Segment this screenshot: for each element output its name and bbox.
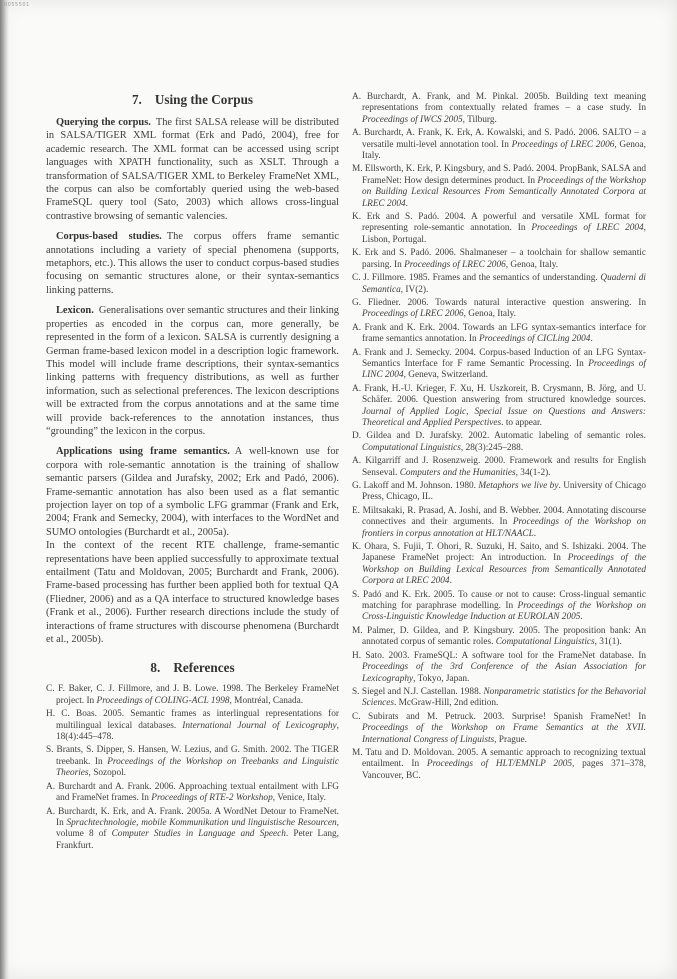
reference-venue-italic: Computers and the Humanities <box>400 468 516 478</box>
reference-item: K. Erk and S. Padó. 2004. A powerful and… <box>352 212 646 246</box>
body-paragraph: Corpus-based studies.The corpus offers f… <box>46 230 339 297</box>
reference-venue-italic: Nonparametric statistics for the Behavor… <box>362 687 646 708</box>
reference-item: K. Erk and S. Padó. 2006. Shalmaneser – … <box>352 248 646 271</box>
reference-item: C. Subirats and M. Petruck. 2003. Surpri… <box>352 712 646 746</box>
reference-item: A. Burchardt, K. Erk, and A. Frank. 2005… <box>46 807 339 853</box>
body-paragraph: Querying the corpus.The first SALSA rele… <box>46 116 339 223</box>
body-paragraph: Lexicon.Generalisations over semantic st… <box>46 304 339 438</box>
reference-item: K. Ohara, S. Fujii, T. Ohori, R. Suzuki,… <box>352 542 646 588</box>
corpus-section-body: Querying the corpus.The first SALSA rele… <box>46 116 339 646</box>
section-title: Using the Corpus <box>155 92 253 107</box>
paragraph-lead: Corpus-based studies. <box>56 231 162 242</box>
reference-item: A. Frank and J. Semecky. 2004. Corpus-ba… <box>352 348 646 382</box>
reference-item: H. C. Boas. 2005. Semantic frames as int… <box>46 709 339 743</box>
references-list-right: A. Burchardt, A. Frank, and M. Pinkal. 2… <box>352 92 646 782</box>
paper-page: 0055501 7.Using the Corpus Querying the … <box>0 0 677 979</box>
reference-venue-italic: Proceedings of the Workshop on Treebanks… <box>56 757 339 778</box>
reference-item: S. Siegel and N.J. Castellan. 1988. Nonp… <box>352 687 646 710</box>
reference-item: S. Padó and K. Erk. 2005. To cause or no… <box>352 590 646 624</box>
reference-venue-italic: Proceedings of the Workshop on Frame Sem… <box>362 723 646 744</box>
reference-venue-italic: Proceedings of the Workshop on Building … <box>362 553 646 586</box>
section-heading-using-the-corpus: 7.Using the Corpus <box>46 92 339 108</box>
scan-corner-mark: 0055501 <box>4 2 30 8</box>
reference-item: E. Miltsakaki, R. Prasad, A. Joshi, and … <box>352 506 646 540</box>
reference-item: C. J. Fillmore. 1985. Frames and the sem… <box>352 273 646 296</box>
reference-venue-italic: Proceedings of LREC 2004 <box>531 223 643 233</box>
reference-item: A. Kilgarriff and J. Rosenzweig. 2000. F… <box>352 456 646 479</box>
body-paragraph: Applications using frame semantics.A wel… <box>46 445 339 539</box>
reference-venue-italic: Proceedings of LREC 2006 <box>362 309 464 319</box>
section-heading-references: 8.References <box>46 660 339 676</box>
reference-item: A. Burchardt, A. Frank, and M. Pinkal. 2… <box>352 92 646 126</box>
reference-item: G. Lakoff and M. Johnson. 1980. Metaphor… <box>352 481 646 504</box>
references-list-left: C. F. Baker, C. J. Fillmore, and J. B. L… <box>46 684 339 852</box>
reference-item: S. Brants, S. Dipper, S. Hansen, W. Lezi… <box>46 745 339 779</box>
scan-edge-artifact <box>0 0 9 979</box>
section-title: References <box>173 660 234 675</box>
reference-item: M. Ellsworth, K. Erk, P. Kingsbury, and … <box>352 164 646 210</box>
reference-item: A. Burchardt and A. Frank. 2006. Approac… <box>46 782 339 805</box>
reference-venue-italic: International Journal of Lexicography <box>182 721 336 731</box>
paragraph-lead: Lexicon. <box>56 305 94 316</box>
reference-venue-italic: Proceedings of LREC 2006 <box>512 140 615 150</box>
reference-item: A. Frank and K. Erk. 2004. Towards an LF… <box>352 323 646 346</box>
reference-venue-italic: Computer Studies in Language and Speech <box>112 829 286 839</box>
reference-venue-italic: Proceedings of COLING-ACL 1998 <box>97 696 230 706</box>
reference-venue-italic: Proceedings of CICLing 2004 <box>479 334 590 344</box>
reference-venue-italic: Proceedings of the Workshop on frontiers… <box>362 517 646 538</box>
reference-venue-italic: Sprachtechnologie, mobile Kommunikation … <box>66 818 336 828</box>
reference-venue-italic: Proceedings of HLT/EMNLP 2005 <box>427 759 572 769</box>
reference-venue-italic: Proceedings of RTE-2 Workshop <box>151 793 272 803</box>
reference-venue-italic: Proceedings of the Workshop on Building … <box>362 176 646 209</box>
reference-venue-italic: Proceedings of the Workshop on Cross-Lin… <box>362 601 646 622</box>
reference-venue-italic: Proceedings of IWCS 2005 <box>362 115 463 125</box>
reference-item: A. Burchardt, A. Frank, K. Erk, A. Kowal… <box>352 128 646 162</box>
reference-item: H. Sato. 2003. FrameSQL: A software tool… <box>352 651 646 685</box>
reference-venue-italic: Proceedings of the 3rd Conference of the… <box>362 662 646 683</box>
reference-item: G. Fliedner. 2006. Towards natural inter… <box>352 298 646 321</box>
left-column: 7.Using the Corpus Querying the corpus.T… <box>46 92 339 854</box>
reference-item: A. Frank, H.-U. Krieger, F. Xu, H. Uszko… <box>352 384 646 430</box>
reference-venue-italic: Computational Linguistics <box>362 443 461 453</box>
reference-item: M. Palmer, D. Gildea, and P. Kingsbury. … <box>352 626 646 649</box>
reference-venue-italic: Proceedings of LREC 2006 <box>404 260 506 270</box>
reference-venue-italic: Computational Linguistics <box>496 637 595 647</box>
reference-venue-italic: Journal of Applied Logic, Special Issue … <box>362 407 646 428</box>
section-number: 8. <box>150 660 160 675</box>
right-column: A. Burchardt, A. Frank, and M. Pinkal. 2… <box>352 92 646 784</box>
section-number: 7. <box>132 92 142 107</box>
body-paragraph: In the context of the recent RTE challen… <box>46 539 339 646</box>
reference-venue-italic: Metaphors we live by <box>478 481 558 491</box>
reference-item: C. F. Baker, C. J. Fillmore, and J. B. L… <box>46 684 339 707</box>
reference-venue-italic: Proceedings of LINC 2004 <box>362 359 646 380</box>
reference-venue-italic: Quaderni di Semantica <box>362 273 646 294</box>
paragraph-lead: Applications using frame semantics. <box>56 446 230 457</box>
reference-item: M. Tatu and D. Moldovan. 2005. A semanti… <box>352 748 646 782</box>
reference-item: D. Gildea and D. Jurafsky. 2002. Automat… <box>352 431 646 454</box>
paragraph-lead: Querying the corpus. <box>56 117 151 128</box>
